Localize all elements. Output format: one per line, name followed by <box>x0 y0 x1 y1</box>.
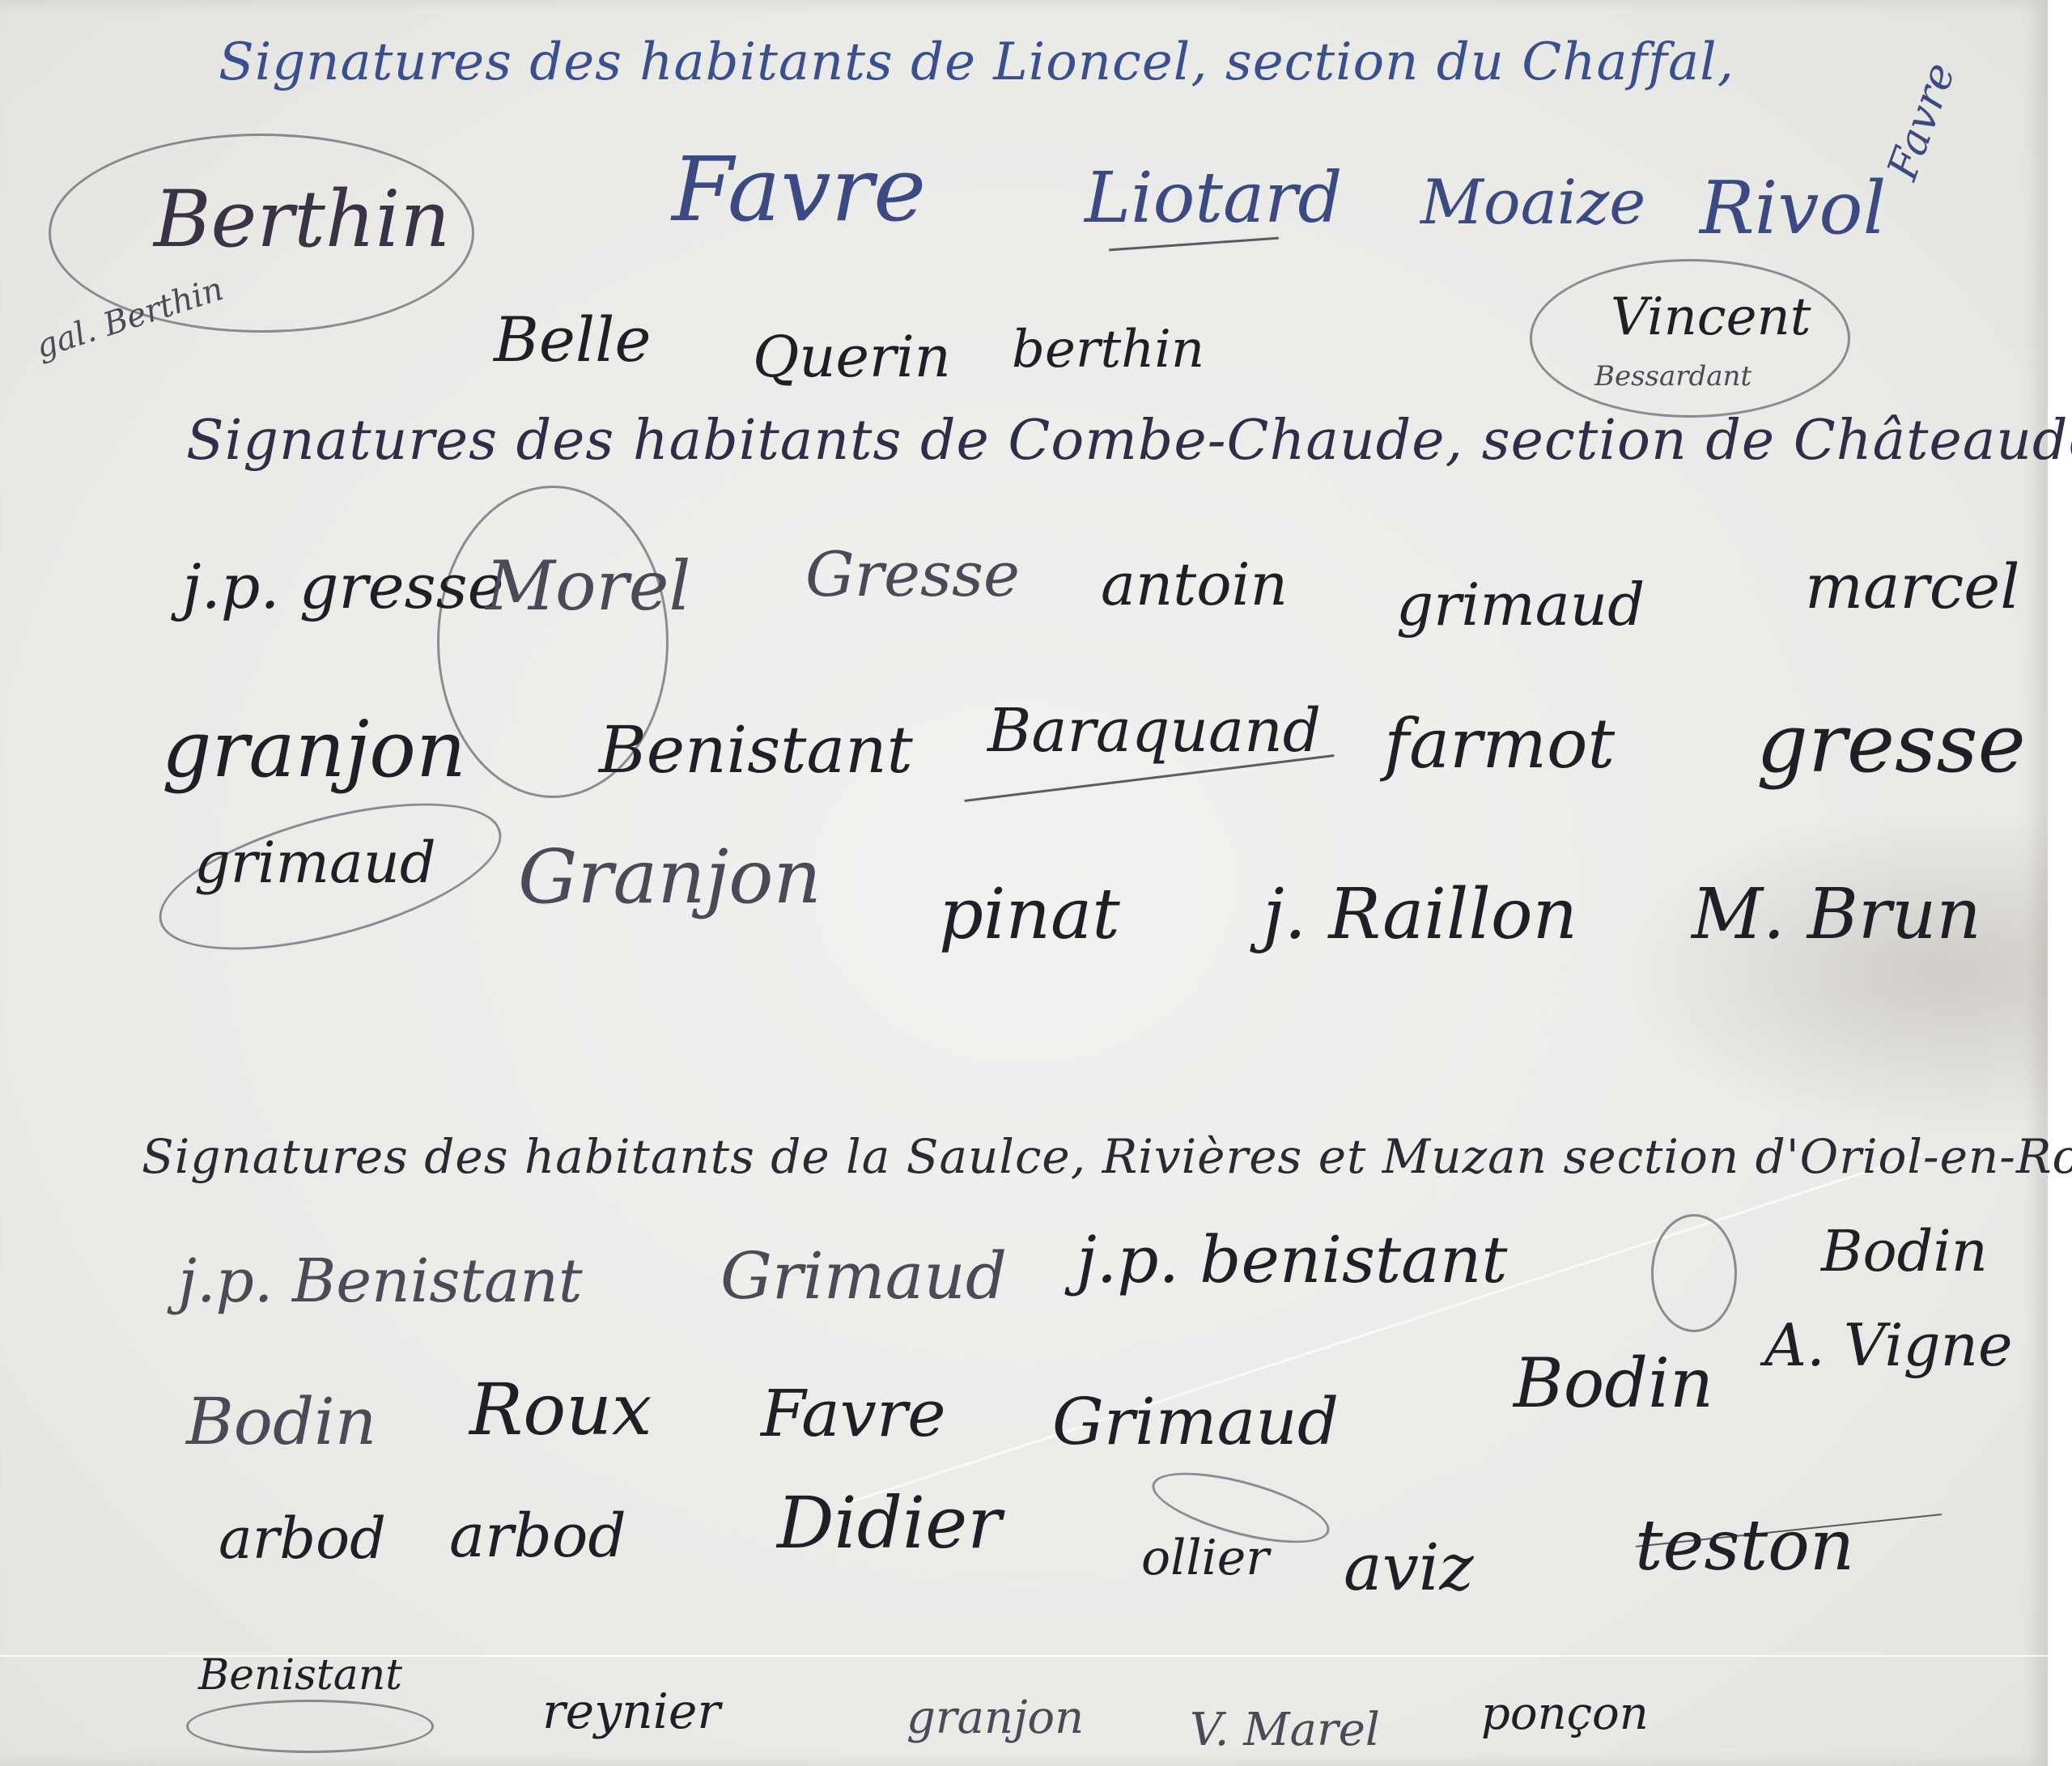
signature: Vincent <box>1611 287 1811 347</box>
signature: reynier <box>542 1683 720 1740</box>
signature: Moaize <box>1420 166 1645 238</box>
flourish-initials <box>1651 1214 1737 1332</box>
signature: Benistant <box>599 712 913 787</box>
manuscript-page: Signatures des habitants de Lioncel, sec… <box>0 0 2048 1766</box>
signature: Grimaud <box>720 1238 1007 1314</box>
signature: pinat <box>939 874 1120 955</box>
signature: Bodin <box>1514 1344 1713 1423</box>
signature: granjon <box>162 704 466 795</box>
signature: Rivol <box>1700 166 1886 251</box>
section-heading-lioncel: Signatures des habitants de Lioncel, sec… <box>219 32 1734 92</box>
signature: farmot <box>1384 704 1615 783</box>
signature: j.p. Benistant <box>178 1246 583 1316</box>
signature: Bodin <box>1821 1218 1988 1284</box>
signature: Didier <box>777 1481 1001 1564</box>
signature: berthin <box>1012 320 1204 380</box>
signature: ollier <box>1141 1530 1269 1586</box>
signature: grimaud <box>1396 571 1645 639</box>
signature: ponçon <box>1481 1687 1649 1740</box>
signature: grimaud <box>194 830 436 896</box>
signature: A. Vigne <box>1764 1311 2013 1379</box>
signature: Berthin <box>154 174 450 265</box>
signature: granjon <box>906 1692 1084 1744</box>
signature: Baraquand <box>987 696 1321 766</box>
signature: Gresse <box>805 538 1020 610</box>
signature: gal. Berthin <box>32 270 228 366</box>
signature: j.p. benistant <box>1076 1222 1508 1297</box>
signature: Bodin <box>186 1384 376 1459</box>
signature: Belle <box>494 304 651 376</box>
underline-flourish <box>1109 237 1279 252</box>
signature: Favre <box>1879 57 1965 186</box>
signature: marcel <box>1805 550 2020 622</box>
section-heading-saulce: Signatures des habitants de la Saulce, R… <box>142 1129 2072 1184</box>
signature: Querin <box>753 324 951 390</box>
signature: teston <box>1635 1505 1854 1586</box>
section-heading-combe-chaude: Signatures des habitants de Combe-Chaude… <box>186 409 2072 473</box>
signature: Liotard <box>1085 158 1342 239</box>
signature: Granjon <box>518 834 822 920</box>
signature: arbod <box>449 1501 626 1571</box>
signature: V. Marel <box>1190 1704 1380 1756</box>
signature: Roux <box>469 1368 652 1451</box>
signature: arbod <box>219 1505 386 1572</box>
signature: aviz <box>1344 1530 1474 1605</box>
signature: M. Brun <box>1692 874 1981 955</box>
signature: Benistant <box>198 1651 402 1700</box>
signature: Favre <box>672 138 926 241</box>
signature: Favre <box>761 1376 946 1451</box>
signature: Grimaud <box>1052 1384 1339 1459</box>
signature: Morel <box>486 546 690 626</box>
signature: j.p. gresse <box>182 550 504 622</box>
signature: gresse <box>1756 696 2026 791</box>
paper-crease <box>845 1153 1923 1505</box>
signature: Bessardant <box>1594 360 1751 393</box>
signature: antoin <box>1101 550 1288 618</box>
flourish-benistant <box>186 1700 434 1753</box>
signature: j. Raillon <box>1263 874 1577 955</box>
